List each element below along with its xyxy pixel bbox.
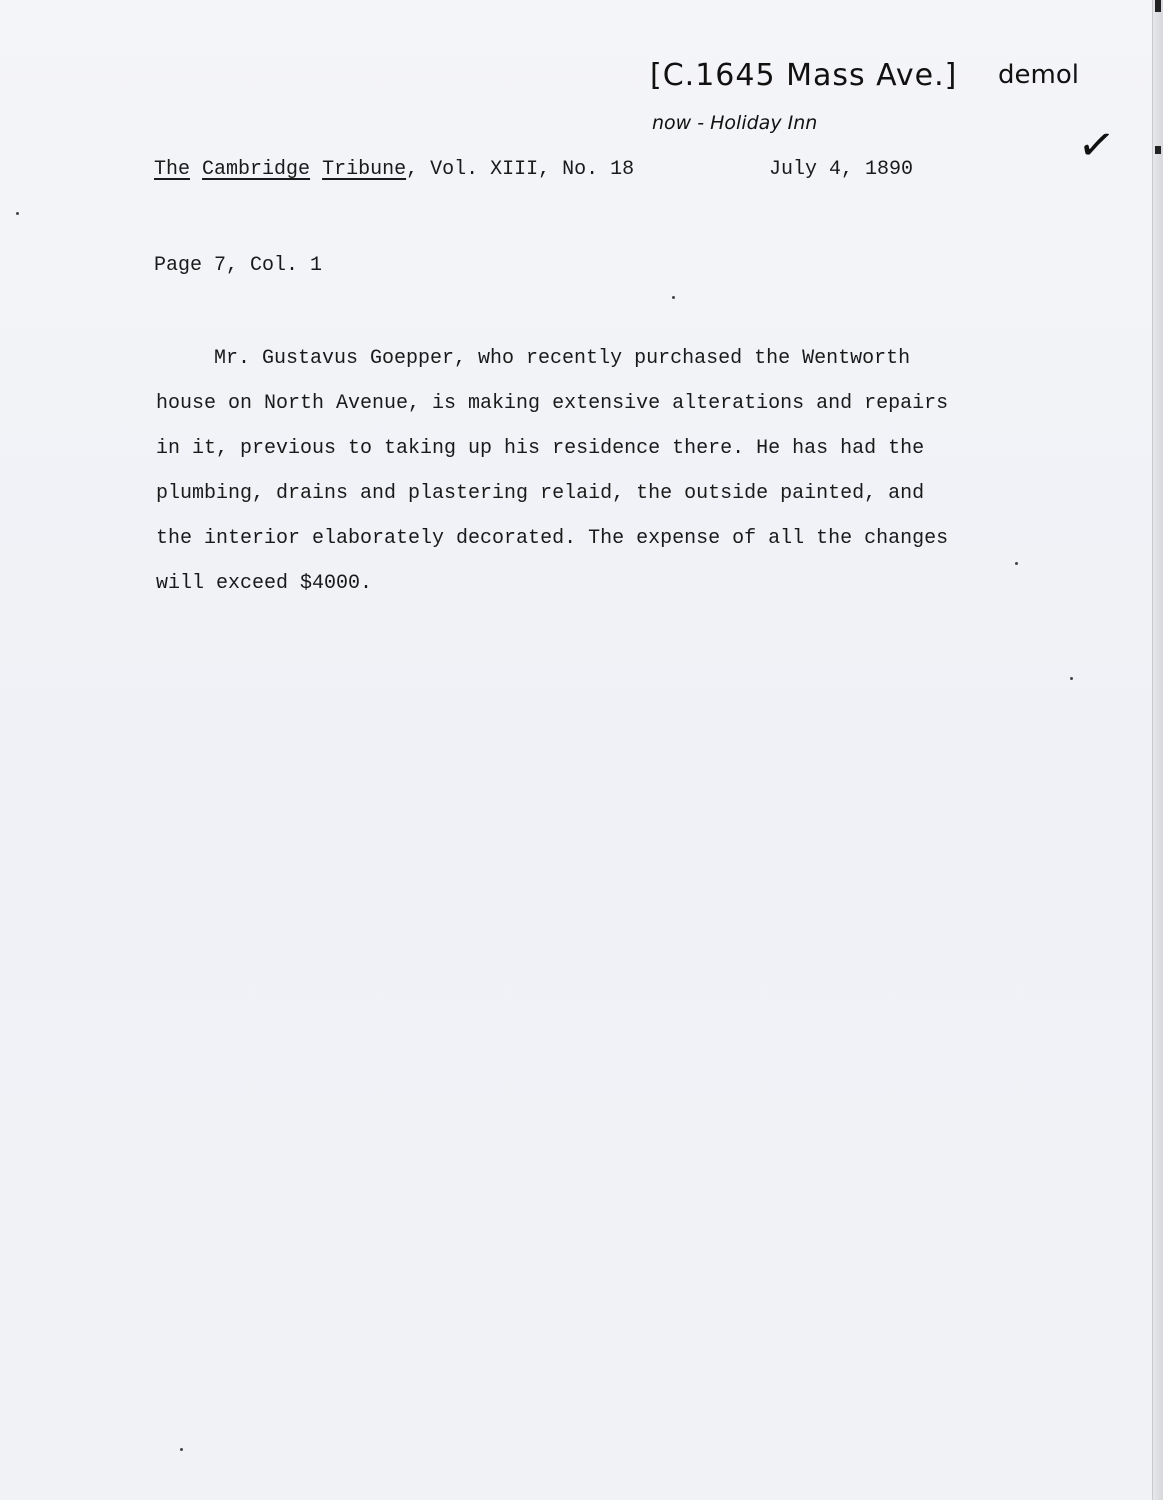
- checkmark-icon: ✓: [1075, 118, 1119, 174]
- newspaper-title-word: The: [154, 158, 190, 181]
- document-page: [C.1645 Mass Ave.] demol now - Holiday I…: [0, 0, 1163, 1500]
- article-line: will exceed $4000.: [156, 561, 1096, 606]
- article-line: the interior elaborately decorated. The …: [156, 516, 1096, 561]
- handwritten-demol-note: demol: [998, 60, 1079, 90]
- volume-number: , Vol. XIII, No. 18: [406, 158, 634, 181]
- article-line: plumbing, drains and plastering relaid, …: [156, 471, 1096, 516]
- newspaper-title-word: Cambridge: [202, 158, 310, 181]
- article-body: Mr. Gustavus Goepper, who recently purch…: [156, 336, 1096, 606]
- article-line: house on North Avenue, is making extensi…: [156, 381, 1096, 426]
- paper-speck: [672, 296, 675, 299]
- handwritten-address-annotation: [C.1645 Mass Ave.]: [650, 58, 957, 93]
- page-column-reference: Page 7, Col. 1: [154, 254, 322, 277]
- article-line: in it, previous to taking up his residen…: [156, 426, 1096, 471]
- article-line: Mr. Gustavus Goepper, who recently purch…: [156, 336, 1096, 381]
- edge-mark: [1155, 146, 1161, 154]
- paper-speck: [1070, 677, 1073, 680]
- edge-mark: [1155, 0, 1161, 12]
- paper-speck: [16, 212, 19, 215]
- handwritten-holiday-inn-note: now - Holiday Inn: [652, 112, 817, 134]
- newspaper-title-word: Tribune: [322, 158, 406, 181]
- paper-speck: [180, 1448, 183, 1451]
- citation-header: The Cambridge Tribune, Vol. XIII, No. 18: [154, 158, 634, 181]
- publication-date: July 4, 1890: [769, 158, 913, 181]
- paper-speck: [1015, 562, 1018, 565]
- page-edge: [1152, 0, 1163, 1500]
